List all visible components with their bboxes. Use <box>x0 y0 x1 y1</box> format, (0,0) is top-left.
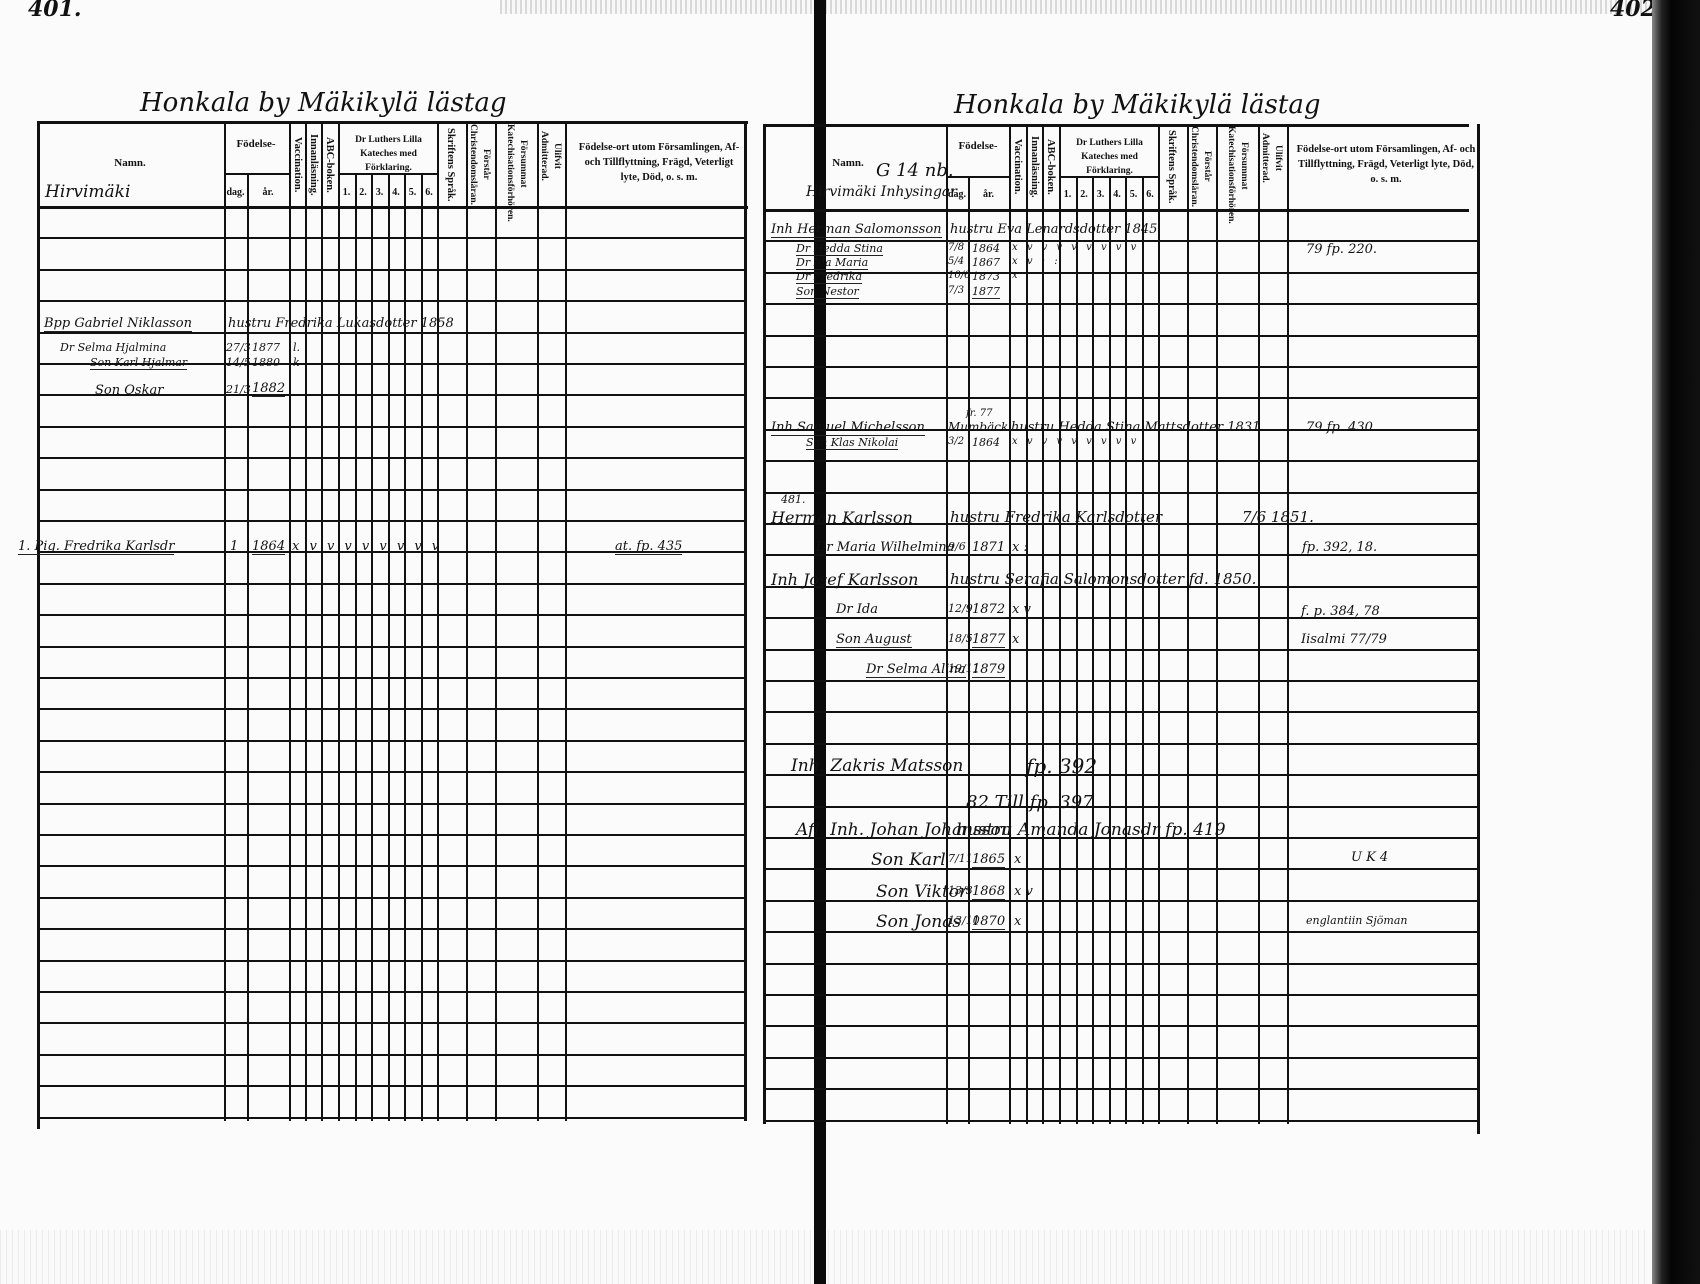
entry-name: Dr Ida <box>836 602 878 617</box>
entry-day: 12/9 <box>948 602 973 615</box>
entry-marks: x v v v v v v v v <box>292 539 442 554</box>
entry-day: 1 <box>230 539 238 554</box>
entry-day: 3/2 <box>948 436 964 447</box>
row-rule <box>764 680 1478 682</box>
entry-year: 1879 <box>972 662 1005 678</box>
entry-marks: k <box>293 356 300 369</box>
entry-day: 18/5 <box>948 632 973 645</box>
entry-remarks: f. p. 384, 78 <box>1301 604 1380 619</box>
left-section-name: Hirvimäki <box>45 182 130 202</box>
row-rule <box>764 994 1478 996</box>
entry-marks: hustru Serafia Salomonsdotter fd. 1850. <box>950 570 1256 588</box>
entry-name: Inh Josef Karlsson <box>771 570 918 589</box>
col-cat-1: 1. <box>338 186 355 199</box>
col-cat-6: 6. <box>421 186 437 199</box>
entry-remarks: Iisalmi 77/79 <box>1301 632 1387 647</box>
row-rule <box>38 834 746 836</box>
col-reading-header: Innanläsning. <box>1028 128 1041 206</box>
row-rule <box>764 900 1478 902</box>
header-bottom-rule <box>38 206 748 209</box>
entry-name: Inh. Zakris Matsson <box>791 756 963 776</box>
grid-line <box>565 121 567 1121</box>
row-rule <box>764 1120 1478 1122</box>
entry-year: 1877 <box>252 341 280 354</box>
row-rule <box>764 1088 1478 1090</box>
row-rule <box>764 272 1478 274</box>
grid-line <box>224 121 226 1121</box>
col-cat-3: 3. <box>371 186 388 199</box>
row-rule <box>38 991 746 993</box>
entry-remarks: at. fp. 435 <box>615 539 682 555</box>
row-rule <box>38 1054 746 1056</box>
entry-year: 1872 <box>972 602 1005 618</box>
left-page: Honkala by Mäkikylä lästag Namn. Födelse… <box>0 0 814 1284</box>
entry-day: 13/3 <box>948 884 973 897</box>
header-top-rule <box>38 121 748 124</box>
row-rule <box>38 1117 746 1119</box>
col-catechism-header: Dr Luthers Lilla Kateches med Förklaring… <box>1061 136 1158 178</box>
left-page-title: Honkala by Mäkikylä lästag <box>140 88 506 118</box>
entry-marks: x v <box>1014 884 1033 899</box>
entry-name: Son Klas Nikolai <box>806 436 898 450</box>
entry-year: 1870 <box>972 914 1005 930</box>
col-remarks-header: Födelse-ort utom Församlingen, Af- och T… <box>1296 142 1476 187</box>
col-name-header: Namn. <box>100 157 160 170</box>
grid-line <box>1042 124 1044 1124</box>
row-rule <box>764 649 1478 651</box>
col-missed-header: Försummat Katechisationsförhören. <box>1226 126 1250 206</box>
entry-name: Son Karl <box>871 850 946 870</box>
entry-year: 1871 <box>972 540 1005 555</box>
right-section-note: G 14 nb. <box>876 160 954 181</box>
row-rule <box>38 300 746 302</box>
col-name-header: Namn. <box>818 157 878 170</box>
col-birth-header: Födelse- <box>948 140 1008 153</box>
row-rule <box>764 397 1478 399</box>
row-rule <box>764 492 1478 494</box>
entry-marks: x <box>1012 270 1018 281</box>
col-scripture-header: Skriftens Språk. <box>444 126 457 204</box>
birth-subrule <box>946 176 1009 178</box>
row-rule <box>38 708 746 710</box>
entry-year: 1864 <box>972 436 1000 449</box>
entry-remarks: 7/6 1851. <box>1242 508 1314 526</box>
grid-line <box>437 121 439 1121</box>
row-rule <box>764 963 1478 965</box>
entry-year: 1865 <box>972 852 1005 868</box>
row-rule <box>38 803 746 805</box>
row-rule <box>38 614 746 616</box>
grid-line <box>1026 124 1028 1124</box>
left-border <box>37 121 40 1129</box>
entry-name: Herman Karlsson <box>771 508 913 527</box>
col-abc-header: ABC-boken. <box>1044 128 1057 206</box>
entry-name: Dr Ida Maria <box>796 256 868 270</box>
entry-marks: l. <box>293 341 300 354</box>
grid-line <box>495 121 497 1121</box>
col-remarks-header: Födelse-ort utom Församlingen, Af- och T… <box>575 140 743 185</box>
entry-remarks: 79 fp. 220. <box>1306 242 1377 257</box>
col-cat-2: 2. <box>355 186 371 199</box>
entry-year: 1873 <box>972 270 1000 283</box>
grid-line <box>305 121 307 1121</box>
col-vaccination-header: Vaccination. <box>291 126 304 204</box>
entry-year: 1877 <box>972 285 1000 299</box>
row-rule <box>38 928 746 930</box>
entry-name: Son Karl Hjalmar <box>90 356 187 370</box>
grid-line <box>1287 124 1289 1124</box>
entry-marks: x <box>1014 852 1021 867</box>
row-rule <box>38 1085 746 1087</box>
entry-day: 21/3 <box>226 383 251 396</box>
row-rule <box>38 897 746 899</box>
entry-marks: hustru Amanda Jonasdr fp. 419 <box>956 820 1226 840</box>
grid-line <box>1059 124 1061 1124</box>
entry-remarks: fp. 392, 18. <box>1302 540 1377 555</box>
entry-name: Inh Samuel Michelsson <box>771 420 925 436</box>
col-year-header: år. <box>968 188 1009 201</box>
row-rule <box>38 583 746 585</box>
entry-note: fr. 77 <box>966 408 992 419</box>
entry-remarks: 79 fp. 430. <box>1306 420 1377 435</box>
entry-name: Son Oskar <box>95 383 163 398</box>
row-rule <box>764 460 1478 462</box>
grid-line <box>1009 124 1011 1124</box>
col-catechism-header: Dr Luthers Lilla Kateches med Förklaring… <box>340 133 437 175</box>
row-rule <box>38 237 746 239</box>
entry-year: 1880 <box>252 356 280 369</box>
entry-marks: hustru Fredrika Lukasdotter 1858 <box>228 316 454 331</box>
entry-year: 1864 <box>252 539 285 555</box>
entry-year: 1882 <box>252 381 285 397</box>
entry-year: 1867 <box>972 256 1000 269</box>
grid-line <box>1216 124 1218 1124</box>
right-section-name: Hirvimäki Inhysingar <box>806 184 957 200</box>
entry-day: 10/6 <box>948 270 970 281</box>
col-admitted-header: Ulifvit Admitterad. <box>1262 128 1284 188</box>
col-cat-5: 5. <box>404 186 421 199</box>
row-rule <box>764 335 1478 337</box>
col-reading-header: Innanläsning. <box>307 126 320 204</box>
entry-year: 1877 <box>972 632 1005 648</box>
grid-line <box>1158 124 1160 1124</box>
entry-marks: x v v v v v v v v <box>1012 436 1139 447</box>
entry-marks: x v v v v v v v v <box>1012 242 1139 253</box>
entry-name: Dr Maria Wilhelmina <box>816 540 954 555</box>
row-rule <box>764 931 1478 933</box>
row-rule <box>38 646 746 648</box>
row-rule <box>764 366 1478 368</box>
row-rule <box>764 1057 1478 1059</box>
entry-day: 14/5 <box>226 356 251 369</box>
entry-marks: hustru Eva Lenardsdotter 1845 <box>950 222 1157 237</box>
col-scripture-header: Skriftens Språk. <box>1165 128 1178 206</box>
right-page-title: Honkala by Mäkikylä lästag <box>954 90 1320 120</box>
row-rule <box>38 771 746 773</box>
row-rule <box>38 520 746 522</box>
col-doctrine-header: Förstår Christendomsläran. <box>470 124 492 204</box>
entry-day: 7/11 <box>948 852 973 865</box>
entry-day: Mumbäck <box>948 420 1008 434</box>
entry-note: 481. <box>781 493 806 506</box>
grid-line <box>338 121 340 1121</box>
col-abc-header: ABC-boken. <box>323 126 336 204</box>
col-cat-4: 4. <box>388 186 404 199</box>
row-rule <box>764 743 1478 745</box>
grid-line <box>1258 124 1260 1124</box>
entry-name: Son August <box>836 632 912 648</box>
entry-marks: x <box>1014 914 1021 929</box>
grid-line <box>289 121 291 1121</box>
entry-marks: 82 Till fp. 397 <box>966 792 1094 813</box>
col-vaccination-header: Vaccination. <box>1011 128 1024 206</box>
col-day-header: dag. <box>224 186 247 199</box>
row-rule <box>38 489 746 491</box>
row-rule <box>38 740 746 742</box>
col-cat-4: 4. <box>1109 188 1125 201</box>
col-cat-1: 1. <box>1059 188 1076 201</box>
entry-remarks: englantiin Sjöman <box>1306 914 1407 927</box>
entry-marks: hustru Hedda Stina Mattsdotter 1831 <box>1011 420 1260 435</box>
col-birth-header: Födelse- <box>226 138 286 151</box>
entry-day: 27/3 <box>226 341 251 354</box>
row-rule <box>38 865 746 867</box>
row-rule <box>764 1025 1478 1027</box>
col-cat-3: 3. <box>1092 188 1109 201</box>
col-cat-5: 5. <box>1125 188 1142 201</box>
entry-day: 7/3 <box>948 285 964 296</box>
entry-year: 1868 <box>972 884 1005 900</box>
header-top-rule <box>763 124 1469 127</box>
entry-name: Dr Fredrika <box>796 270 862 284</box>
entry-name: Dr Selma Hjalmina <box>60 341 166 354</box>
col-doctrine-header: Förstår Christendomsläran. <box>1191 126 1213 206</box>
entry-marks: x v <box>1012 602 1031 617</box>
row-rule <box>764 303 1478 305</box>
entry-name: Inh Herman Salomonsson <box>771 222 942 238</box>
birth-subrule <box>224 173 289 175</box>
row-rule <box>38 426 746 428</box>
scan-right-edge <box>1652 0 1700 1284</box>
grid-line <box>321 121 323 1121</box>
entry-marks: x : <box>1012 540 1028 555</box>
grid-line <box>1187 124 1189 1124</box>
entry-name: Bpp Gabriel Niklasson <box>44 316 192 332</box>
col-cat-6: 6. <box>1142 188 1158 201</box>
row-rule <box>38 457 746 459</box>
entry-name: 1. Pig. Fredrika Karlsdr <box>18 539 174 555</box>
entry-remarks: U K 4 <box>1351 850 1388 865</box>
col-cat-2: 2. <box>1076 188 1092 201</box>
entry-marks: fp. 392 <box>1026 754 1097 778</box>
row-rule <box>38 960 746 962</box>
row-rule <box>38 269 746 271</box>
right-border <box>1477 124 1480 1134</box>
entry-name: Dr Hedda Stina <box>796 242 883 256</box>
col-admitted-header: Ulifvit Admitterad. <box>541 126 563 186</box>
row-rule <box>764 711 1478 713</box>
row-rule <box>38 677 746 679</box>
entry-marks: x v : : <box>1012 256 1061 267</box>
row-rule <box>38 1022 746 1024</box>
row-rule <box>764 806 1478 808</box>
grid-line <box>537 121 539 1121</box>
left-inner-border <box>744 121 747 1121</box>
entry-marks: x <box>1012 632 1019 647</box>
col-year-header: år. <box>247 186 289 199</box>
right-inner-border <box>763 124 766 1124</box>
col-missed-header: Försummat Katechisationsförhören. <box>505 124 529 204</box>
entry-name: Son Nestor <box>796 285 859 299</box>
header-bottom-rule <box>763 209 1469 212</box>
entry-day: 9/6 <box>948 540 966 553</box>
entry-marks: hustru Fredrika Karlsdotter <box>950 508 1162 526</box>
right-page: Honkala by Mäkikylä lästag Namn. G 14 nb… <box>826 0 1652 1284</box>
entry-day: 5/4 <box>948 256 964 267</box>
grid-line <box>466 121 468 1121</box>
entry-year: 1864 <box>972 242 1000 255</box>
entry-day: 7/8 <box>948 242 964 253</box>
